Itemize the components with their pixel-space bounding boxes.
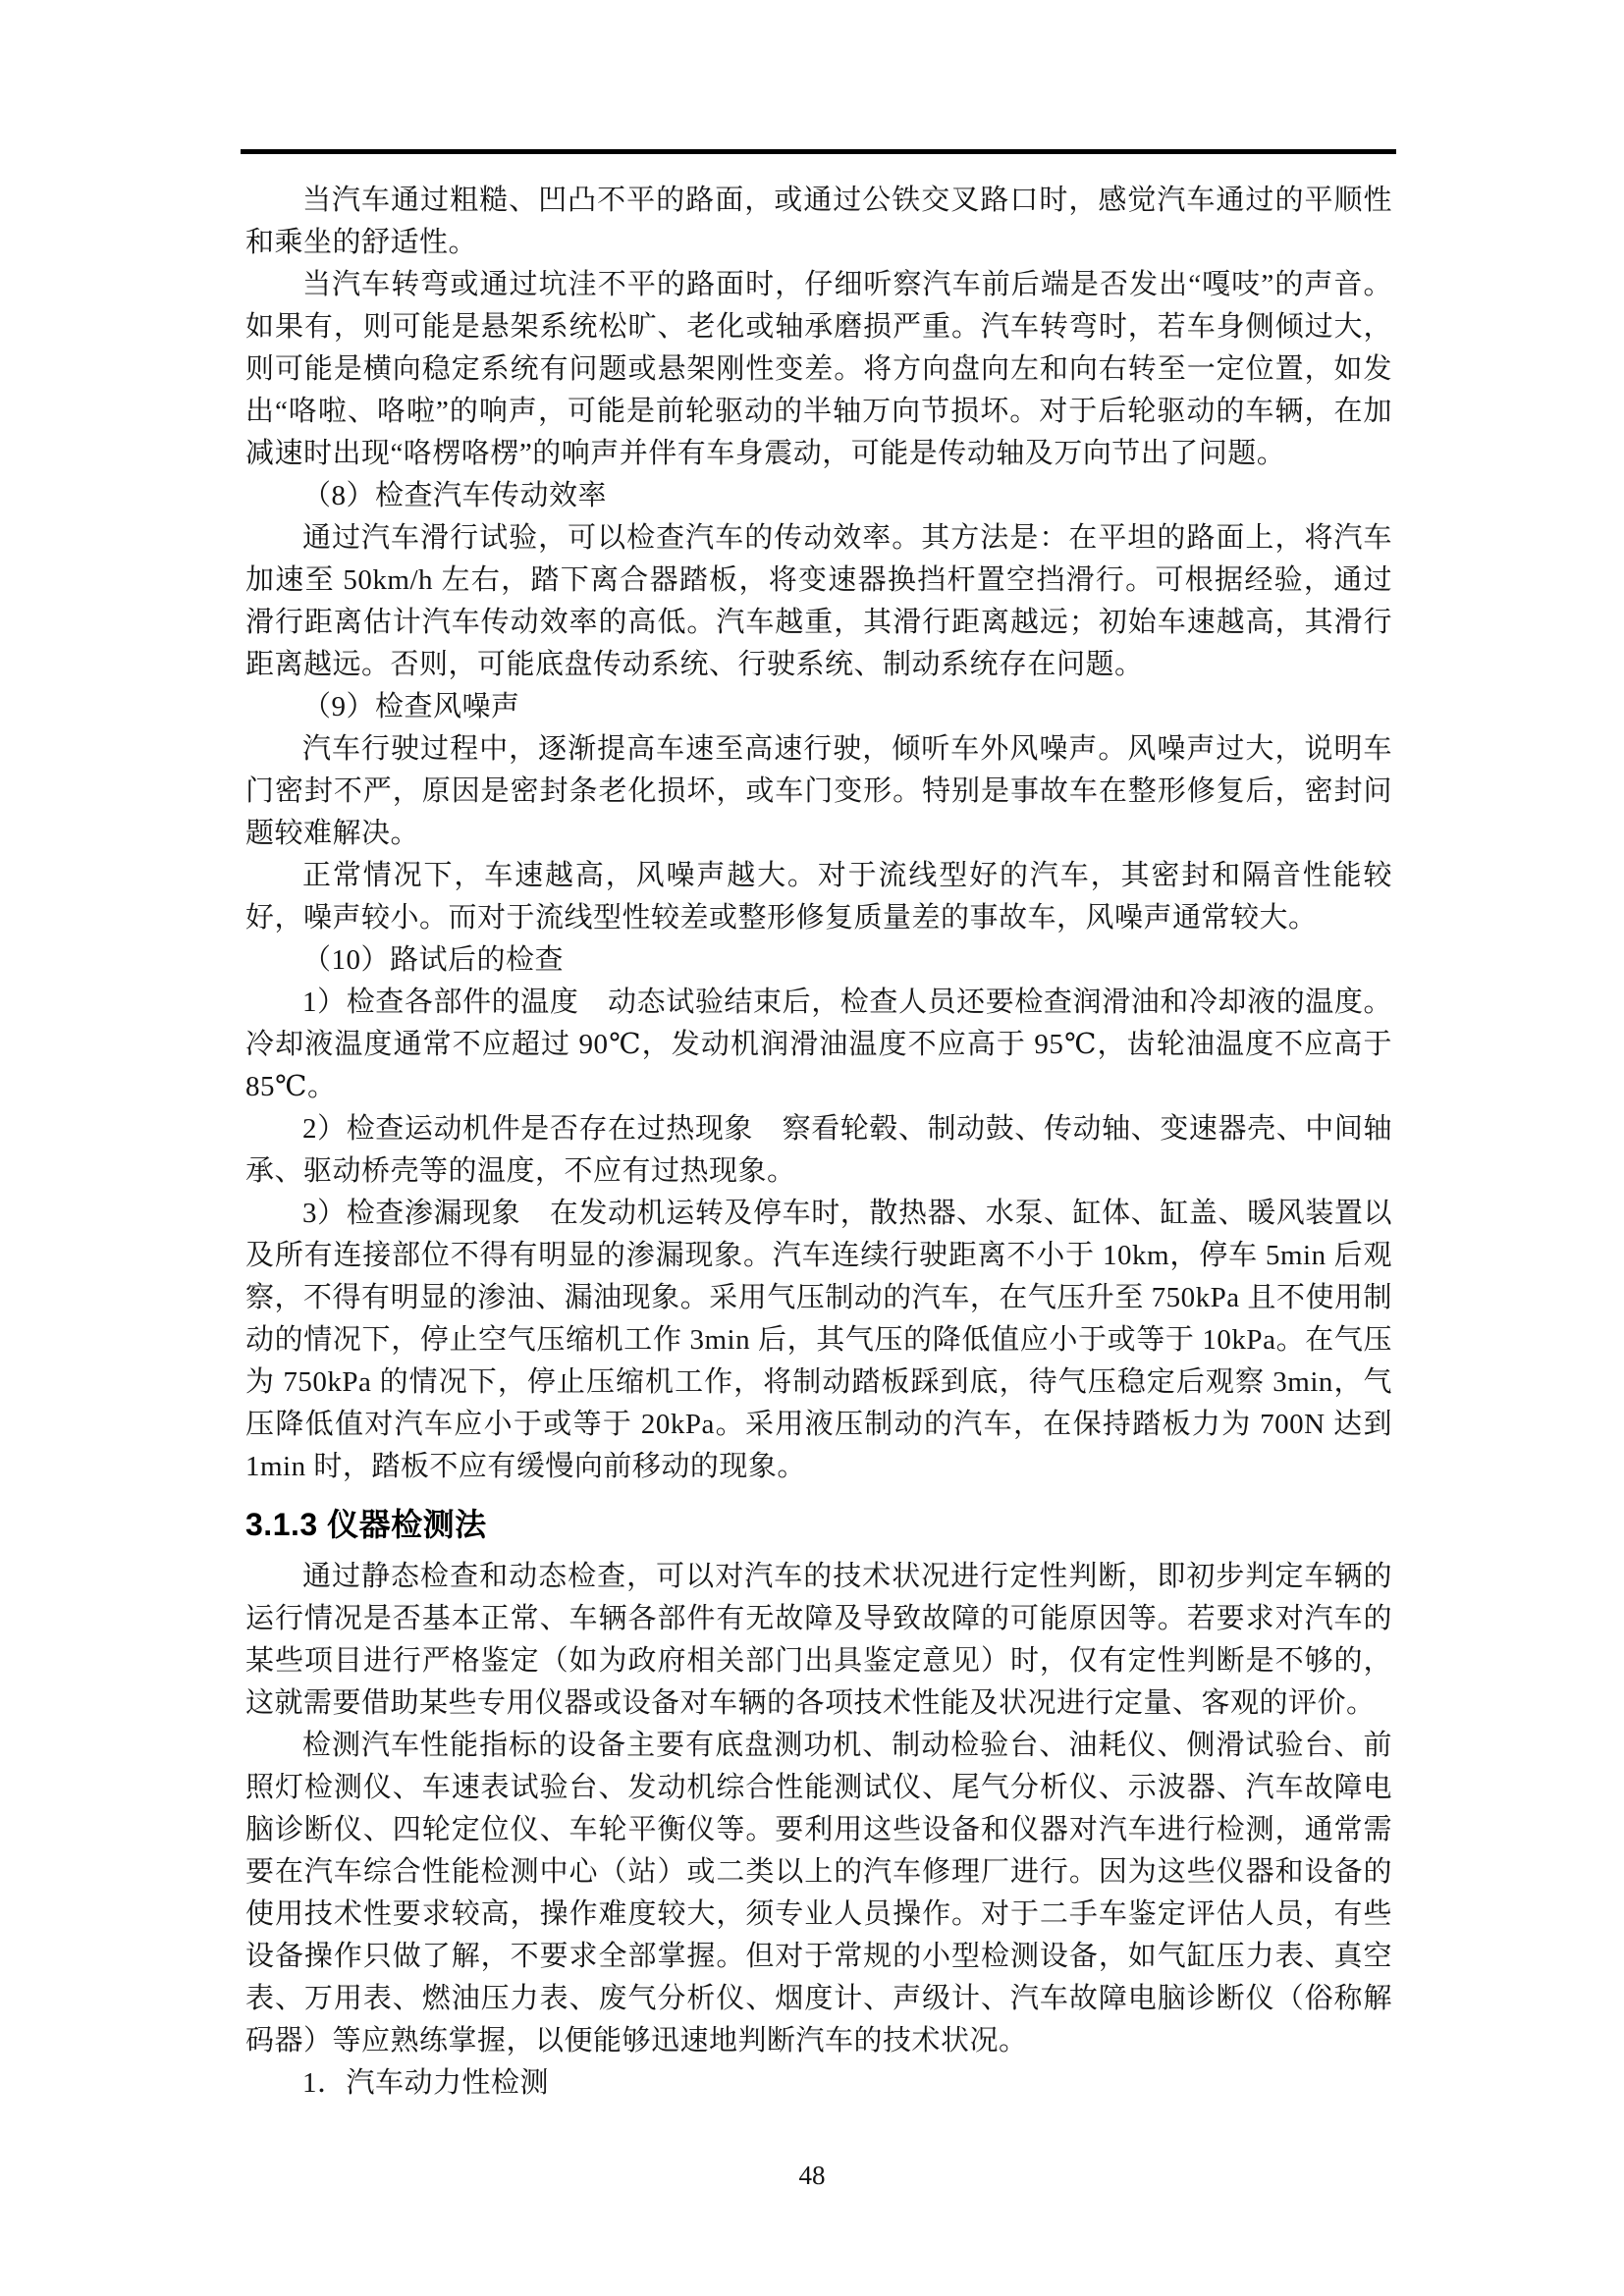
paragraph-ride-comfort: 当汽车通过粗糙、凹凸不平的路面，或通过公铁交叉路口时，感觉汽车通过的平顺性和乘坐… xyxy=(245,180,1392,264)
paragraph-check-overheat: 2）检查运动机件是否存在过热现象 察看轮毂、制动鼓、传动轴、变速器壳、中间轴承、… xyxy=(245,1108,1392,1193)
paragraph-detection-equipment: 检测汽车性能指标的设备主要有底盘测功机、制动检验台、油耗仪、侧滑试验台、前照灯检… xyxy=(245,1725,1392,2062)
subheading-item-8: （8）检查汽车传动效率 xyxy=(245,475,1392,517)
header-rule xyxy=(241,149,1396,154)
subheading-power-detection: 1．汽车动力性检测 xyxy=(245,2062,1392,2105)
paragraph-wind-noise: 汽车行驶过程中，逐渐提高车速至高速行驶，倾听车外风噪声。风噪声过大，说明车门密封… xyxy=(245,728,1392,855)
paragraph-wind-noise-normal: 正常情况下，车速越高，风噪声越大。对于流线型好的汽车，其密封和隔音性能较好，噪声… xyxy=(245,855,1392,939)
paragraph-instrument-intro: 通过静态检查和动态检查，可以对汽车的技术状况进行定性判断，即初步判定车辆的运行情… xyxy=(245,1556,1392,1725)
subheading-item-10: （10）路试后的检查 xyxy=(245,939,1392,982)
page-footer: 48 xyxy=(0,2160,1624,2191)
paragraph-turning-noise: 当汽车转弯或通过坑洼不平的路面时，仔细听察汽车前后端是否发出“嘎吱”的声音。如果… xyxy=(245,264,1392,475)
paragraph-check-temperature: 1）检查各部件的温度 动态试验结束后，检查人员还要检查润滑油和冷却液的温度。冷却… xyxy=(245,982,1392,1108)
paragraph-check-leakage: 3）检查渗漏现象 在发动机运转及停车时，散热器、水泵、缸体、缸盖、暖风装置以及所… xyxy=(245,1193,1392,1488)
page-number: 48 xyxy=(799,2161,826,2190)
section-heading-3-1-3: 3.1.3 仪器检测法 xyxy=(245,1504,1392,1546)
paragraph-coasting-test: 通过汽车滑行试验，可以检查汽车的传动效率。其方法是：在平坦的路面上，将汽车加速至… xyxy=(245,517,1392,686)
document-page: 当汽车通过粗糙、凹凸不平的路面，或通过公铁交叉路口时，感觉汽车通过的平顺性和乘坐… xyxy=(0,0,1624,2296)
page-body: 当汽车通过粗糙、凹凸不平的路面，或通过公铁交叉路口时，感觉汽车通过的平顺性和乘坐… xyxy=(245,180,1392,2105)
subheading-item-9: （9）检查风噪声 xyxy=(245,686,1392,728)
